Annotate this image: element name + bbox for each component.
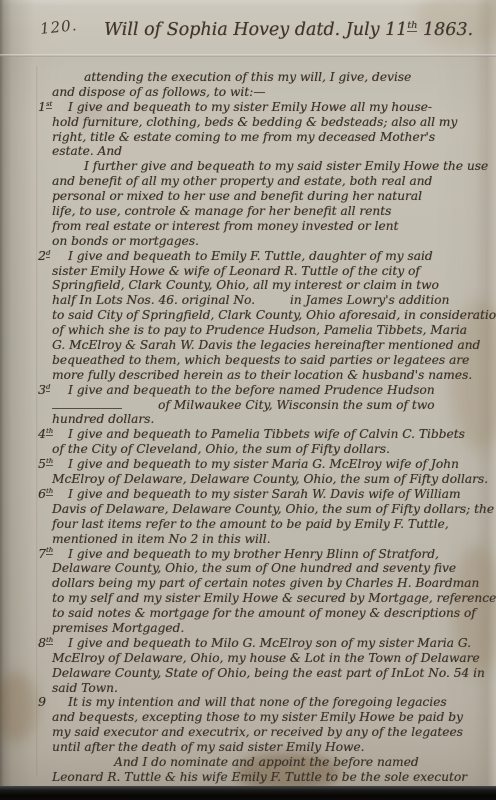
manuscript-line: until after the death of my said sister …: [52, 740, 488, 755]
item-number: 4th: [38, 427, 53, 442]
line-text: life, to use, controle & manage for her …: [52, 204, 391, 218]
manuscript-line: Springfield, Clark County, Ohio, all my …: [52, 278, 488, 293]
manuscript-line: sister Emily Howe & wife of Leonard R. T…: [52, 264, 488, 279]
manuscript-line: to my self and my sister Emily Howe & se…: [52, 591, 488, 606]
ledger-page: 120. Will of Sophia Hovey datd. July 11t…: [0, 0, 496, 789]
manuscript-line: 7thI give and bequeath to my brother Hen…: [52, 547, 488, 562]
vertical-crease: [36, 66, 38, 776]
manuscript-line: 4thI give and bequeath to Pamelia Tibbet…: [52, 427, 488, 442]
book-bottom-edge: [0, 786, 496, 800]
line-text: my said executor and executrix, or recei…: [52, 725, 463, 739]
line-text: mentioned in item No 2 in this will.: [52, 532, 270, 546]
manuscript-line: of which she is to pay to Prudence Hudso…: [52, 323, 488, 338]
line-text: right, title & estate coming to me from …: [52, 130, 435, 144]
line-text: estate. And: [52, 144, 122, 158]
manuscript-line: Delaware County, State of Ohio, being th…: [52, 666, 488, 681]
manuscript-line: bequeathed to them, which bequests to sa…: [52, 353, 488, 368]
line-text: until after the death of my said sister …: [52, 740, 364, 754]
manuscript-line: Davis of Delaware, Delaware County, Ohio…: [52, 502, 488, 517]
line-text: to said City of Springfield, Clark Count…: [52, 308, 496, 322]
line-text: four last items refer to the amount to b…: [52, 517, 449, 531]
line-text: said Town.: [52, 681, 118, 695]
line-text: of which she is to pay to Prudence Hudso…: [52, 323, 467, 337]
horizontal-crease: [0, 54, 496, 57]
manuscript-line: attending the execution of this my will,…: [52, 70, 488, 85]
line-text: I give and bequeath to my sister Sarah W…: [68, 487, 460, 501]
line-text: And I do nominate and appoint the before…: [114, 755, 419, 769]
line-text: more fully described herein as to their …: [52, 368, 472, 382]
manuscript-line: and benefit of all my other property and…: [52, 174, 488, 189]
manuscript-line: of the City of Cleveland, Ohio, the sum …: [52, 442, 488, 457]
item-number-suffix: th: [46, 427, 53, 436]
item-number: 2d: [38, 249, 50, 264]
item-number: 1st: [38, 100, 52, 115]
line-text: hundred dollars.: [52, 412, 154, 426]
manuscript-line: 2dI give and bequeath to Emily F. Tuttle…: [52, 249, 488, 264]
manuscript-line: to said City of Springfield, Clark Count…: [52, 308, 488, 323]
manuscript-line: to said notes & mortgage for the amount …: [52, 606, 488, 621]
manuscript-line: premises Mortgaged.: [52, 621, 488, 636]
line-text: hold furniture, clothing, beds & bedding…: [52, 115, 457, 129]
manuscript-line: I further give and bequeath to my said s…: [52, 159, 488, 174]
item-number-suffix: d: [46, 383, 50, 392]
manuscript-line: more fully described herein as to their …: [52, 368, 488, 383]
item-number: 6th: [38, 487, 53, 502]
line-text: It is my intention and will that none of…: [68, 695, 447, 709]
title-text: Will of Sophia Hovey datd. July 11: [104, 20, 407, 40]
line-text: I give and bequeath to Milo G. McElroy s…: [68, 636, 471, 650]
item-number: 5th: [38, 457, 53, 472]
title-year: 1863.: [417, 20, 473, 40]
line-text: McElroy of Delaware, Ohio, my house & Lo…: [52, 651, 480, 665]
line-text: to my self and my sister Emily Howe & se…: [52, 591, 496, 605]
item-number-suffix: st: [46, 100, 52, 109]
line-text: Delaware County, State of Ohio, being th…: [52, 666, 485, 680]
line-text: and dispose of as follows, to wit:—: [52, 85, 265, 99]
manuscript-line: G. McElroy & Sarah W. Davis the legacies…: [52, 338, 488, 353]
manuscript-line: Delaware County, Ohio, the sum of One hu…: [52, 561, 488, 576]
line-text: Leonard R. Tuttle & his wife Emily F. Tu…: [52, 770, 467, 784]
item-number-suffix: th: [46, 546, 53, 555]
line-text: I give and bequeath to my brother Henry …: [68, 547, 439, 561]
manuscript-line: 5thI give and bequeath to my sister Mari…: [52, 457, 488, 472]
manuscript-line: 1stI give and bequeath to my sister Emil…: [52, 100, 488, 115]
line-text: I give and bequeath to Emily F. Tuttle, …: [68, 249, 433, 263]
manuscript-line: and dispose of as follows, to wit:—: [52, 85, 488, 100]
line-text: and benefit of all my other property and…: [52, 174, 432, 188]
line-text: half In Lots Nos. 46. original No. in Ja…: [52, 293, 449, 307]
line-text: sister Emily Howe & wife of Leonard R. T…: [52, 264, 420, 278]
line-text: personal or mixed to her use and benefit…: [52, 189, 422, 203]
manuscript-line: 3dI give and bequeath to the before name…: [52, 383, 488, 398]
line-text: from real estate or interest from money …: [52, 219, 398, 233]
manuscript-line: 9It is my intention and will that none o…: [52, 695, 488, 710]
manuscript-line: personal or mixed to her use and benefit…: [52, 189, 488, 204]
item-number-suffix: th: [46, 457, 53, 466]
manuscript-line: half In Lots Nos. 46. original No. in Ja…: [52, 293, 488, 308]
line-text: attending the execution of this my will,…: [84, 70, 411, 84]
manuscript-line: my said executor and executrix, or recei…: [52, 725, 488, 740]
item-number-suffix: d: [46, 249, 50, 258]
line-text: on bonds or mortgages.: [52, 234, 199, 248]
manuscript-line: mentioned in item No 2 in this will.: [52, 532, 488, 547]
item-number-suffix: th: [46, 636, 53, 645]
item-number: 3d: [38, 383, 50, 398]
line-text: I give and bequeath to Pamelia Tibbets w…: [68, 427, 465, 441]
item-number: 7th: [38, 547, 53, 562]
manuscript-line: dollars being my part of certain notes g…: [52, 576, 488, 591]
item-number: 8th: [38, 636, 53, 651]
line-text: McElroy of Delaware, Delaware County, Oh…: [52, 472, 488, 486]
line-text: G. McElroy & Sarah W. Davis the legacies…: [52, 338, 480, 352]
line-text: dollars being my part of certain notes g…: [52, 576, 479, 590]
blank-rule: [52, 399, 122, 409]
document-title: Will of Sophia Hovey datd. July 11th 186…: [104, 20, 484, 40]
line-text: to said notes & mortgage for the amount …: [52, 606, 476, 620]
manuscript-line: hold furniture, clothing, beds & bedding…: [52, 115, 488, 130]
manuscript-line: Leonard R. Tuttle & his wife Emily F. Tu…: [52, 770, 488, 785]
line-text: of Milwaukee City, Wisconsin the sum of …: [158, 398, 434, 412]
manuscript-line: estate. And: [52, 144, 488, 159]
manuscript-line: said Town.: [52, 681, 488, 696]
line-text: bequeathed to them, which bequests to sa…: [52, 353, 469, 367]
item-number-suffix: th: [46, 487, 53, 496]
manuscript-line: on bonds or mortgages.: [52, 234, 488, 249]
line-text: premises Mortgaged.: [52, 621, 184, 635]
item-number: 9: [38, 695, 46, 710]
paper-stain: [0, 672, 38, 742]
line-text: I give and bequeath to my sister Emily H…: [68, 100, 432, 114]
line-text: and bequests, excepting those to my sist…: [52, 710, 463, 724]
manuscript-body: attending the execution of this my will,…: [52, 70, 488, 785]
manuscript-line: and bequests, excepting those to my sist…: [52, 710, 488, 725]
manuscript-line: McElroy of Delaware, Ohio, my house & Lo…: [52, 651, 488, 666]
ledger-photo: 120. Will of Sophia Hovey datd. July 11t…: [0, 0, 496, 800]
manuscript-line: 6thI give and bequeath to my sister Sara…: [52, 487, 488, 502]
line-text: I give and bequeath to my sister Maria G…: [68, 457, 459, 471]
line-text: Springfield, Clark County, Ohio, all my …: [52, 278, 439, 292]
title-superscript: th: [407, 20, 417, 32]
line-text: Delaware County, Ohio, the sum of One hu…: [52, 561, 456, 575]
manuscript-line: 8thI give and bequeath to Milo G. McElro…: [52, 636, 488, 651]
manuscript-line: four last items refer to the amount to b…: [52, 517, 488, 532]
line-text: I further give and bequeath to my said s…: [84, 159, 488, 173]
manuscript-line: hundred dollars.: [52, 412, 488, 427]
manuscript-line: life, to use, controle & manage for her …: [52, 204, 488, 219]
line-text: I give and bequeath to the before named …: [68, 383, 435, 397]
manuscript-line: of Milwaukee City, Wisconsin the sum of …: [52, 398, 488, 413]
manuscript-line: right, title & estate coming to me from …: [52, 130, 488, 145]
manuscript-line: McElroy of Delaware, Delaware County, Oh…: [52, 472, 488, 487]
manuscript-line: And I do nominate and appoint the before…: [52, 755, 488, 770]
line-text: of the City of Cleveland, Ohio, the sum …: [52, 442, 390, 456]
line-text: Davis of Delaware, Delaware County, Ohio…: [52, 502, 494, 516]
manuscript-line: from real estate or interest from money …: [52, 219, 488, 234]
page-number: 120.: [39, 16, 78, 38]
